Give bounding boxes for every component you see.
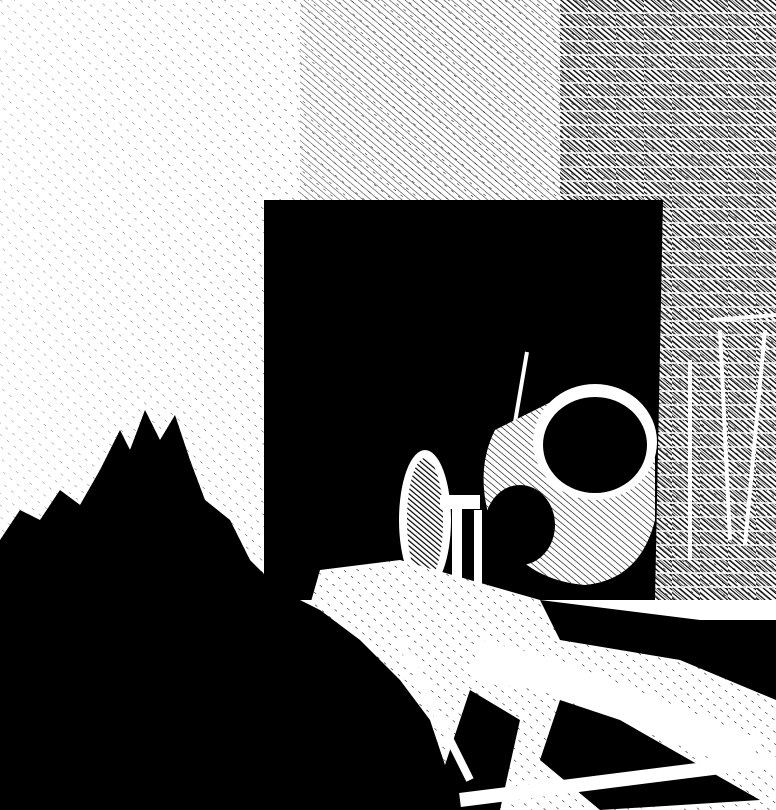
hatched-photo — [0, 0, 776, 810]
